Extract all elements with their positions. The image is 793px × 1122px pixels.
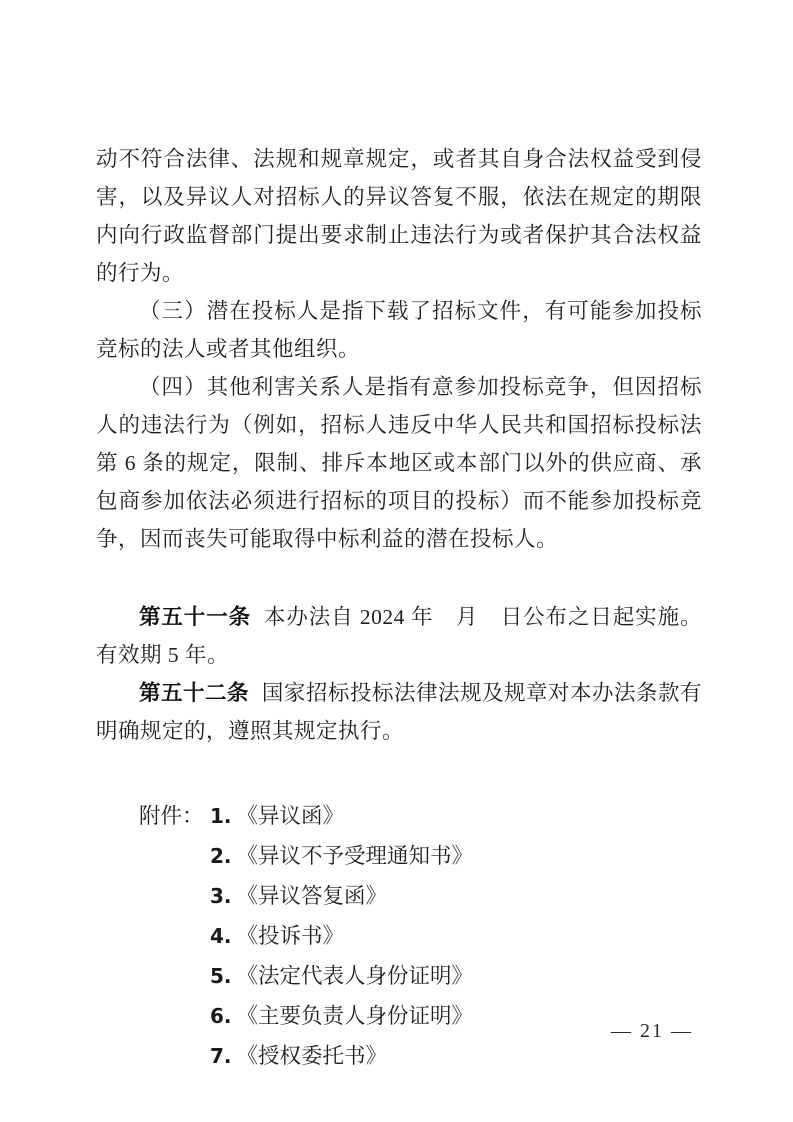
page-content: 动不符合法律、法规和规章规定，或者其自身合法权益受到侵害，以及异议人对招标人的异…	[96, 140, 702, 1076]
list-item-text: 《投诉书》	[236, 924, 344, 948]
list-item-number: 6.	[210, 1004, 232, 1028]
list-item: 3.《异议答复函》	[210, 876, 702, 916]
body-paragraph: （三）潜在投标人是指下载了招标文件，有可能参加投标竞标的法人或者其他组织。	[96, 292, 702, 368]
list-item-number: 5.	[210, 964, 232, 988]
list-item-text: 《授权委托书》	[236, 1044, 387, 1068]
list-item-text: 《主要负责人身份证明》	[236, 1004, 473, 1028]
list-item-number: 7.	[210, 1044, 232, 1068]
list-item-number: 4.	[210, 924, 232, 948]
list-item-number: 1.	[210, 804, 232, 828]
article-51: 第五十一条本办法自 2024 年 月 日公布之日起实施。有效期 5 年。	[96, 598, 702, 674]
page-number: — 21 —	[611, 1020, 693, 1043]
list-item-number: 3.	[210, 884, 232, 908]
list-item-text: 《异议答复函》	[236, 884, 387, 908]
list-item-text: 《异议不予受理通知书》	[236, 844, 473, 868]
article-52-title: 第五十二条	[139, 681, 249, 705]
article-51-title: 第五十一条	[139, 605, 251, 629]
body-paragraph: 动不符合法律、法规和规章规定，或者其自身合法权益受到侵害，以及异议人对招标人的异…	[96, 140, 702, 292]
attachments-label: 附件：	[139, 796, 204, 836]
list-item-number: 2.	[210, 844, 232, 868]
list-item: 4.《投诉书》	[210, 916, 702, 956]
list-item: 1.《异议函》	[210, 796, 702, 836]
list-item: 2.《异议不予受理通知书》	[210, 836, 702, 876]
article-52: 第五十二条国家招标投标法律法规及规章对本办法条款有明确规定的，遵照其规定执行。	[96, 674, 702, 750]
list-item-text: 《异议函》	[236, 804, 344, 828]
list-item-text: 《法定代表人身份证明》	[236, 964, 473, 988]
document-page: 动不符合法律、法规和规章规定，或者其自身合法权益受到侵害，以及异议人对招标人的异…	[0, 0, 793, 1122]
body-paragraph: （四）其他利害关系人是指有意参加投标竞争，但因招标人的违法行为（例如，招标人违反…	[96, 368, 702, 558]
list-item: 5.《法定代表人身份证明》	[210, 956, 702, 996]
articles-section: 第五十一条本办法自 2024 年 月 日公布之日起实施。有效期 5 年。 第五十…	[96, 598, 702, 750]
